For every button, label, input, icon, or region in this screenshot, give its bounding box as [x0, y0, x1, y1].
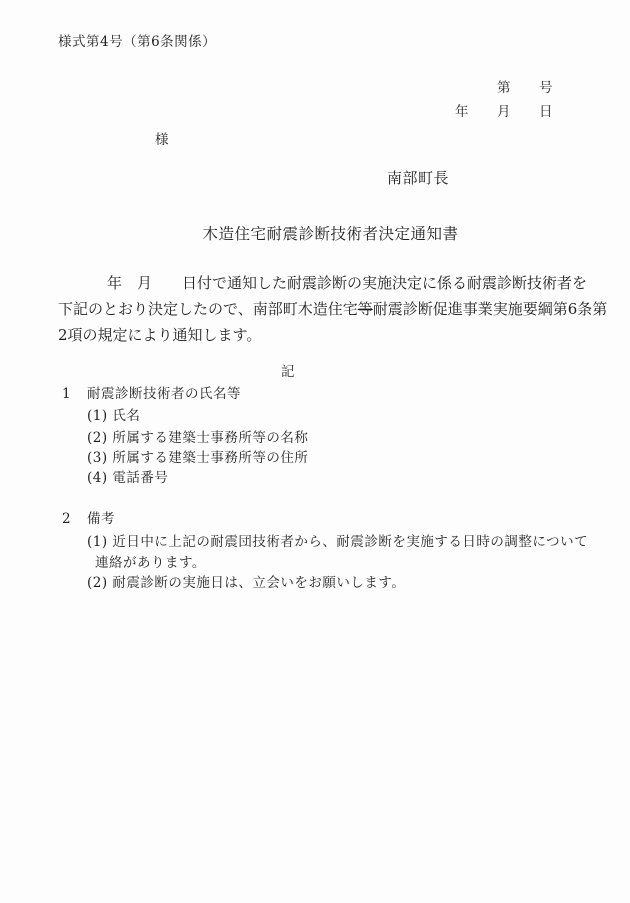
body-line-2-strikethrough-char: 等 — [358, 300, 373, 318]
record-heading: 記 — [58, 363, 585, 382]
issue-date-line: 年 月 日 — [58, 103, 585, 122]
section-2-header: 2 備考 — [58, 510, 585, 529]
addressee-honorific: 様 — [58, 131, 585, 150]
document-page: 様式第4号（第6条関係） 第 号 年 月 日 様 南部町長 木造住宅耐震診断技術… — [0, 0, 630, 903]
section-1-item-name: (1) 氏名 — [58, 407, 585, 426]
document-title: 木造住宅耐震診断技術者決定通知書 — [58, 224, 585, 244]
section-2-item-1-line-2: 連絡があります。 — [58, 554, 585, 573]
body-line-2-text-after: 耐震診断促進事業実施要綱第6条第 — [373, 300, 608, 318]
section-2-item-1-line-1: (1) 近日中に上記の耐震団技術者から、耐震診断を実施する日時の調整について — [58, 533, 585, 552]
section-1-heading: 耐震診断技術者の氏名等 — [87, 385, 241, 404]
section-1-item-phone: (4) 電話番号 — [58, 469, 585, 488]
sender-name: 南部町長 — [58, 169, 585, 188]
issue-number-line: 第 号 — [58, 79, 585, 98]
body-line-1: 年 月 日付で通知した耐震診断の実施決定に係る耐震診断技術者を — [58, 270, 585, 296]
body-line-2: 下記のとおり決定したので、南部町木造住宅等耐震診断促進事業実施要綱第6条第 — [58, 296, 585, 322]
section-1-header: 1 耐震診断技術者の氏名等 — [58, 385, 585, 404]
body-line-3: 2項の規定により通知します。 — [58, 322, 585, 348]
body-line-2-text-before: 下記のとおり決定したので、南部町木造住宅 — [58, 300, 358, 318]
section-2-item-2: (2) 耐震診断の実施日は、立会いをお願いします。 — [58, 574, 585, 593]
form-number: 様式第4号（第6条関係） — [58, 33, 585, 52]
section-2-heading: 備考 — [87, 510, 115, 529]
body-paragraph: 年 月 日付で通知した耐震診断の実施決定に係る耐震診断技術者を 下記のとおり決定… — [58, 270, 585, 348]
section-1-item-office-address: (3) 所属する建築士事務所等の住所 — [58, 449, 585, 468]
section-1-item-office-name: (2) 所属する建築士事務所等の名称 — [58, 429, 585, 448]
section-2-number: 2 — [62, 510, 70, 529]
section-1-number: 1 — [62, 385, 70, 404]
